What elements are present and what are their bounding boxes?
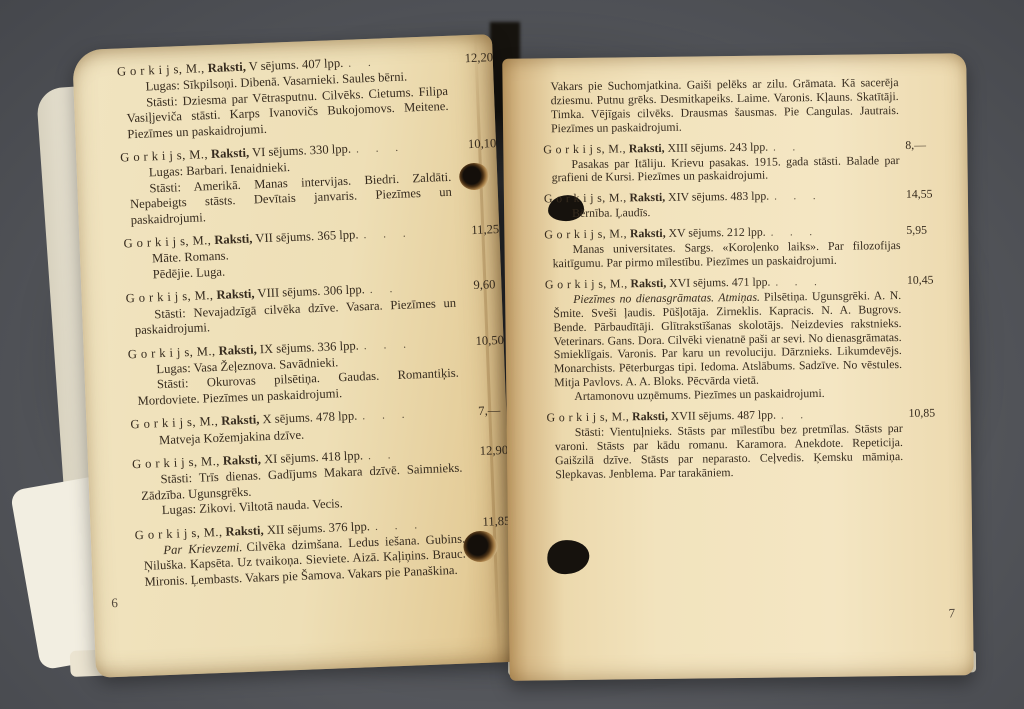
author-name: G o r k i j s, M.,: [132, 454, 220, 471]
volume-info: X sējums. 478 lpp.: [262, 409, 357, 427]
right-page: Vakars pie Suchomjatkina. Gaiši pelēks a…: [502, 53, 974, 681]
price: 9,60: [473, 278, 496, 294]
para-text: Bērnība. Ļaudīs.: [572, 205, 650, 220]
leader-dots: . .: [370, 283, 400, 296]
work-title: Raksti,: [216, 287, 255, 302]
price: 8,—: [905, 138, 926, 152]
catalog-entry-raksti-vii: G o r k i j s, M., Raksti, VII sējums. 3…: [131, 224, 455, 284]
entry-text: Manas universitates. Sargs. «Koroļenko l…: [552, 239, 900, 271]
author-name: G o r k i j s, M.,: [130, 414, 218, 431]
left-page: G o r k i j s, M., Raksti, V sējums. 407…: [72, 34, 516, 678]
price: 10,50: [475, 332, 504, 348]
catalog-entry-raksti-xiv: G o r k i j s, M., Raksti, XIV sējums. 4…: [552, 188, 900, 221]
work-title: Raksti,: [632, 409, 668, 423]
price: 12,20: [464, 50, 493, 66]
ink-blot: [547, 540, 589, 575]
author-name: G o r k i j s, M.,: [117, 61, 205, 78]
para-text: Manas universitates. Sargs. «Koroļenko l…: [553, 238, 901, 270]
author-name: G o r k i j s, M.,: [125, 288, 213, 305]
work-title: Raksti,: [629, 190, 665, 204]
work-title: Raksti,: [211, 146, 250, 161]
catalog-entry-raksti-xv: G o r k i j s, M., Raksti, XV sējums. 21…: [552, 224, 900, 271]
catalog-entry-raksti-xii: G o r k i j s, M., Raksti, XII sējums. 3…: [142, 515, 466, 590]
catalog-entry-raksti-viii: G o r k i j s, M., Raksti, VIII sējums. …: [133, 279, 457, 339]
leader-dots: . . .: [771, 227, 819, 239]
catalog-entry-raksti-vi: G o r k i j s, M., Raksti, VI sējums. 33…: [128, 138, 453, 228]
leader-dots: . . .: [362, 409, 412, 423]
right-page-text-block: Vakars pie Suchomjatkina. Gaiši pelēks a…: [550, 76, 903, 482]
author-name: G o r k i j s, M.,: [134, 524, 222, 541]
volume-info: VI sējums. 330 lpp.: [252, 142, 351, 160]
photo-of-open-book: G o r k i j s, M., Raksti, V sējums. 407…: [0, 0, 1024, 709]
leader-dots: . . .: [775, 277, 823, 289]
punch-hole: [459, 162, 490, 190]
volume-info: V sējums. 407 lpp.: [248, 56, 343, 74]
volume-info: VIII sējums. 306 lpp.: [257, 283, 365, 301]
volume-info: IX sējums. 336 lpp.: [260, 338, 359, 356]
entry-text: Pasakas par Itāliju. Krievu pasakas. 191…: [551, 154, 899, 186]
entry-text: Artamonovu uzņēmums. Piezīmes un paskaid…: [554, 386, 902, 404]
author-name: G o r k i j s, M.,: [543, 141, 626, 156]
catalog-entry-raksti-xvii: G o r k i j s, M., Raksti, XVII sējums. …: [555, 407, 904, 482]
volume-info: XVI sējums. 471 lpp.: [669, 274, 770, 289]
catalog-entry-raksti-v: G o r k i j s, M., Raksti, V sējums. 407…: [125, 52, 450, 142]
price: 10,10: [468, 136, 497, 152]
work-title: Raksti,: [218, 342, 257, 357]
work-title: Raksti,: [630, 226, 666, 240]
author-name: G o r k i j s, M.,: [545, 276, 628, 291]
catalog-entry-raksti-ix: G o r k i j s, M., Raksti, IX sējums. 33…: [136, 334, 460, 409]
page-number: 7: [948, 605, 955, 621]
author-name: G o r k i j s, M.,: [544, 227, 627, 242]
catalog-entry-raksti-x: G o r k i j s, M., Raksti, X sējums. 478…: [138, 405, 461, 449]
leader-dots: . .: [368, 449, 398, 462]
entry-text: Stāsti: Vientuļnieks. Stāsts par mīlestī…: [555, 422, 904, 482]
price: 14,55: [906, 188, 933, 202]
leader-dots: . . .: [364, 338, 414, 352]
price: 7,—: [478, 403, 501, 419]
continuation-text: Vakars pie Suchomjatkina. Gaiši pelēks a…: [550, 76, 899, 136]
work-title: Raksti,: [630, 276, 666, 290]
work-title: Raksti,: [223, 452, 262, 467]
volume-info: XI sējums. 418 lpp.: [264, 448, 363, 466]
price: 5,95: [906, 224, 927, 238]
para-text: Māte. Romans.: [152, 249, 229, 266]
work-title: Raksti,: [629, 141, 665, 155]
leader-dots: . . .: [356, 142, 406, 156]
volume-info: XV sējums. 212 lpp.: [668, 225, 765, 240]
volume-info: XII sējums. 376 lpp.: [267, 519, 371, 537]
para-text: Stāsti: Vientuļnieks. Stāsts par mīlestī…: [555, 421, 903, 481]
volume-info: XVII sējums. 487 lpp.: [671, 408, 776, 423]
price: 11,25: [471, 222, 499, 238]
price: 10,85: [909, 407, 936, 421]
left-page-text-block: G o r k i j s, M., Raksti, V sējums. 407…: [125, 52, 467, 590]
leader-dots: . . .: [774, 191, 822, 203]
para-text: Pēdējie. Luga.: [152, 264, 225, 281]
catalog-entry-raksti-xvi: G o r k i j s, M., Raksti, XVI sējums. 4…: [553, 274, 903, 404]
leader-dots: . . .: [363, 227, 413, 241]
leader-dots: . .: [781, 410, 810, 421]
work-title: Raksti,: [207, 60, 246, 75]
work-title: Raksti,: [221, 413, 260, 428]
price: 11,85: [482, 513, 510, 529]
author-name: G o r k i j s, M.,: [547, 409, 630, 424]
author-name: G o r k i j s, M.,: [123, 233, 211, 250]
para-text: Pasakas par Itāliju. Krievu pasakas. 191…: [552, 153, 900, 185]
work-title: Raksti,: [225, 523, 264, 538]
work-title: Raksti,: [214, 232, 253, 247]
para-text: Vakars pie Suchomjatkina. Gaiši pelēks a…: [550, 75, 898, 135]
catalog-entry-raksti-xi: G o r k i j s, M., Raksti, XI sējums. 41…: [140, 445, 464, 520]
catalog-entry-raksti-xiii: G o r k i j s, M., Raksti, XIII sējums. …: [551, 139, 899, 186]
author-name: G o r k i j s, M.,: [544, 191, 627, 206]
para-text: Artamonovu uzņēmums. Piezīmes un paskaid…: [574, 386, 824, 403]
author-name: G o r k i j s, M.,: [128, 344, 216, 361]
leader-dots: . .: [773, 142, 802, 153]
entry-text: Piezīmes no dienasgrāmatas. Atmiņas.Pils…: [553, 289, 902, 391]
price: 12,90: [480, 443, 509, 459]
volume-info: XIII sējums. 243 lpp.: [667, 139, 768, 154]
leader-dots: . .: [348, 57, 378, 70]
author-name: G o r k i j s, M.,: [120, 147, 208, 164]
price: 10,45: [907, 273, 934, 287]
volume-info: XIV sējums. 483 lpp.: [668, 189, 769, 204]
punch-hole: [463, 530, 498, 562]
leader-dots: . . .: [375, 519, 425, 533]
volume-info: VII sējums. 365 lpp.: [255, 228, 359, 246]
page-number: 6: [111, 595, 118, 611]
